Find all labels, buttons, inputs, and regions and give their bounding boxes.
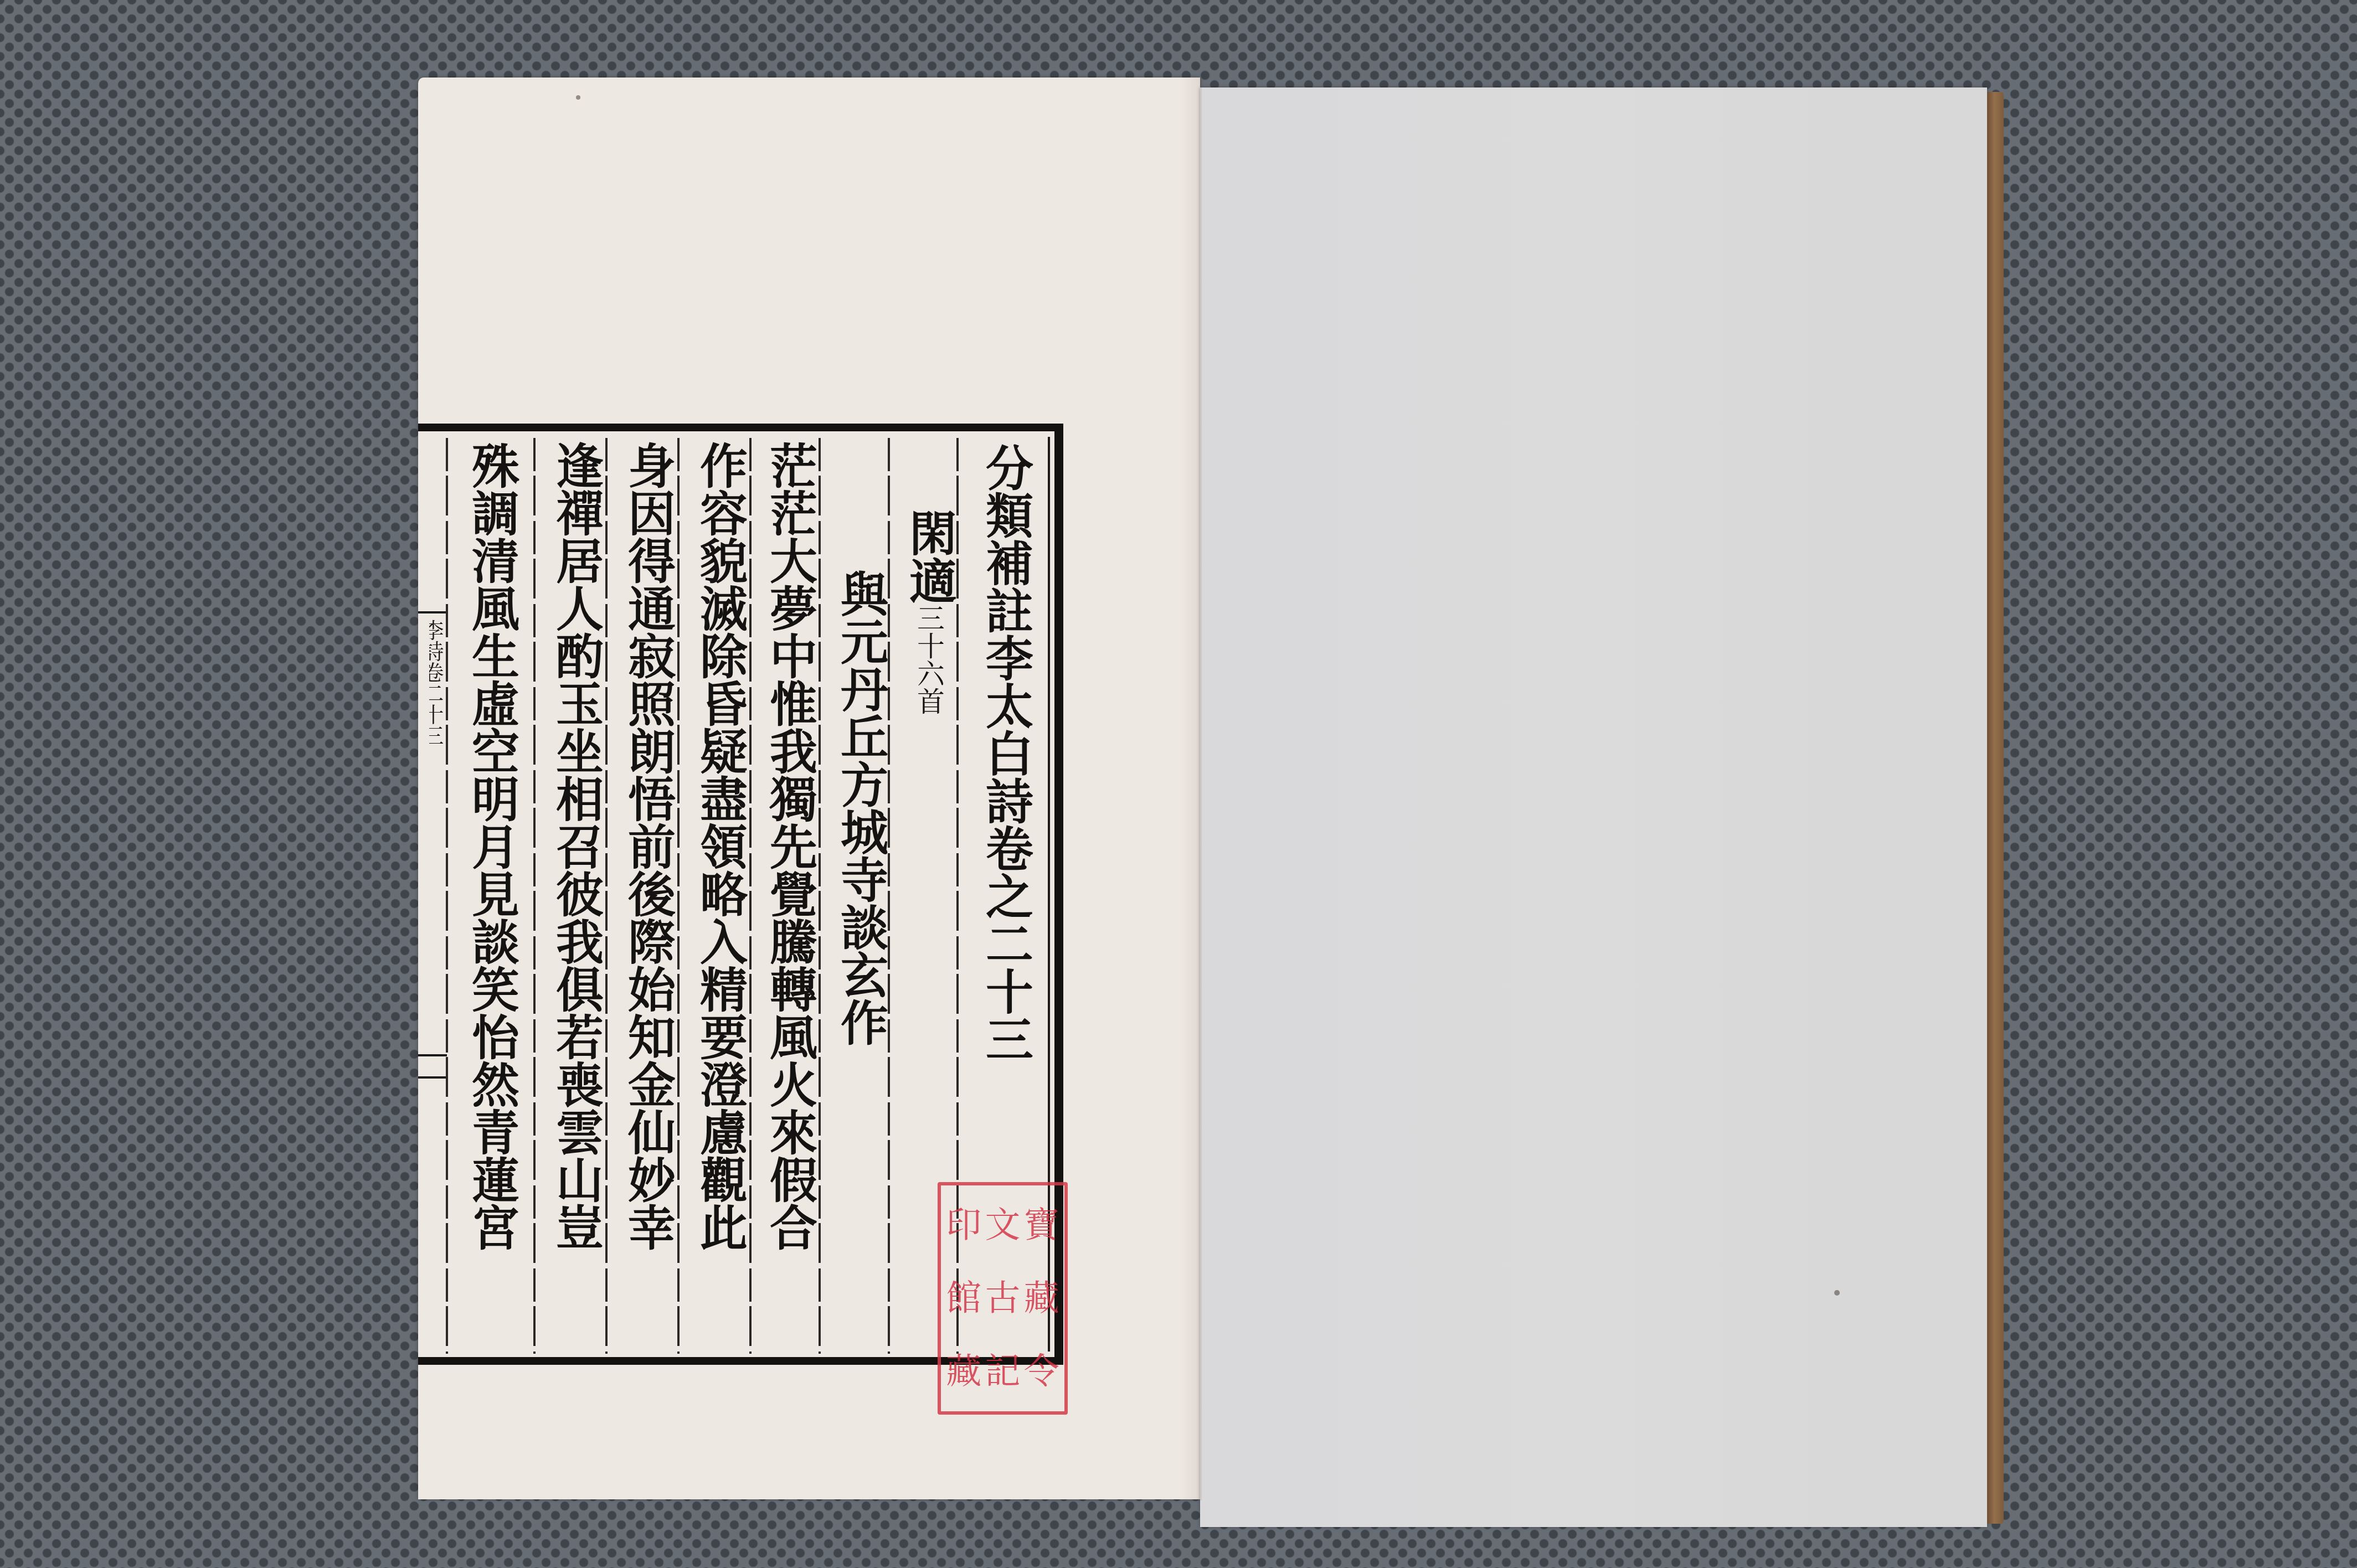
poem-line-column: 茫茫大夢中惟我獨先覺騰轉風火來假合 — [756, 441, 822, 1251]
fishtail-mark-bottom — [418, 1076, 447, 1079]
section-heading-column: 閑適三十六首 — [896, 509, 962, 715]
poem-title-column: 與元丹丘方城寺談玄作 — [827, 570, 893, 1046]
fold-margin: 李詩卷二十三 — [418, 431, 447, 1357]
right-page-blank — [1200, 87, 1987, 1527]
poem-count: 三十六首 — [913, 604, 945, 715]
fishtail-mark-bottom — [418, 1054, 447, 1056]
seal-glyph: 印 — [945, 1190, 982, 1261]
fishtail-mark-top — [418, 611, 447, 613]
seal-glyph: 令 — [1023, 1336, 1060, 1407]
red-seal-stamp: 印 文 寶 館 古 藏 藏 記 令 — [938, 1182, 1068, 1415]
book-gutter — [1180, 78, 1202, 1500]
seal-glyph: 寶 — [1023, 1190, 1060, 1261]
poem-line-column: 身因得通寂照朗悟前後際始知金仙妙幸 — [614, 441, 681, 1251]
paper-spot — [576, 95, 580, 100]
column-rule — [446, 438, 448, 1354]
seal-glyph: 藏 — [1023, 1263, 1060, 1334]
poem-line-column: 作容貌滅除昏疑盡領略入精要澄慮觀此 — [686, 441, 753, 1251]
seal-glyph: 館 — [945, 1263, 982, 1334]
poem-line-column: 殊調清風生虛空明月見談笑怡然青蓮宮 — [458, 441, 524, 1251]
book-title-column: 分類補註李太白詩卷之二十三 — [972, 443, 1038, 1062]
seal-glyph: 古 — [984, 1263, 1021, 1334]
column-rule — [533, 438, 536, 1354]
seal-glyph: 文 — [984, 1190, 1021, 1261]
poem-line-column: 逢禪居人酌玉坐相召彼我俱若喪雲山豈 — [542, 441, 609, 1251]
section-heading: 閑適 — [901, 509, 957, 604]
book-cover-edge — [1987, 92, 2004, 1524]
paper-spot — [1834, 1290, 1840, 1296]
seal-glyph: 記 — [984, 1336, 1021, 1407]
seal-glyph: 藏 — [945, 1336, 982, 1407]
fold-margin-text: 李詩卷二十三 — [419, 620, 444, 746]
